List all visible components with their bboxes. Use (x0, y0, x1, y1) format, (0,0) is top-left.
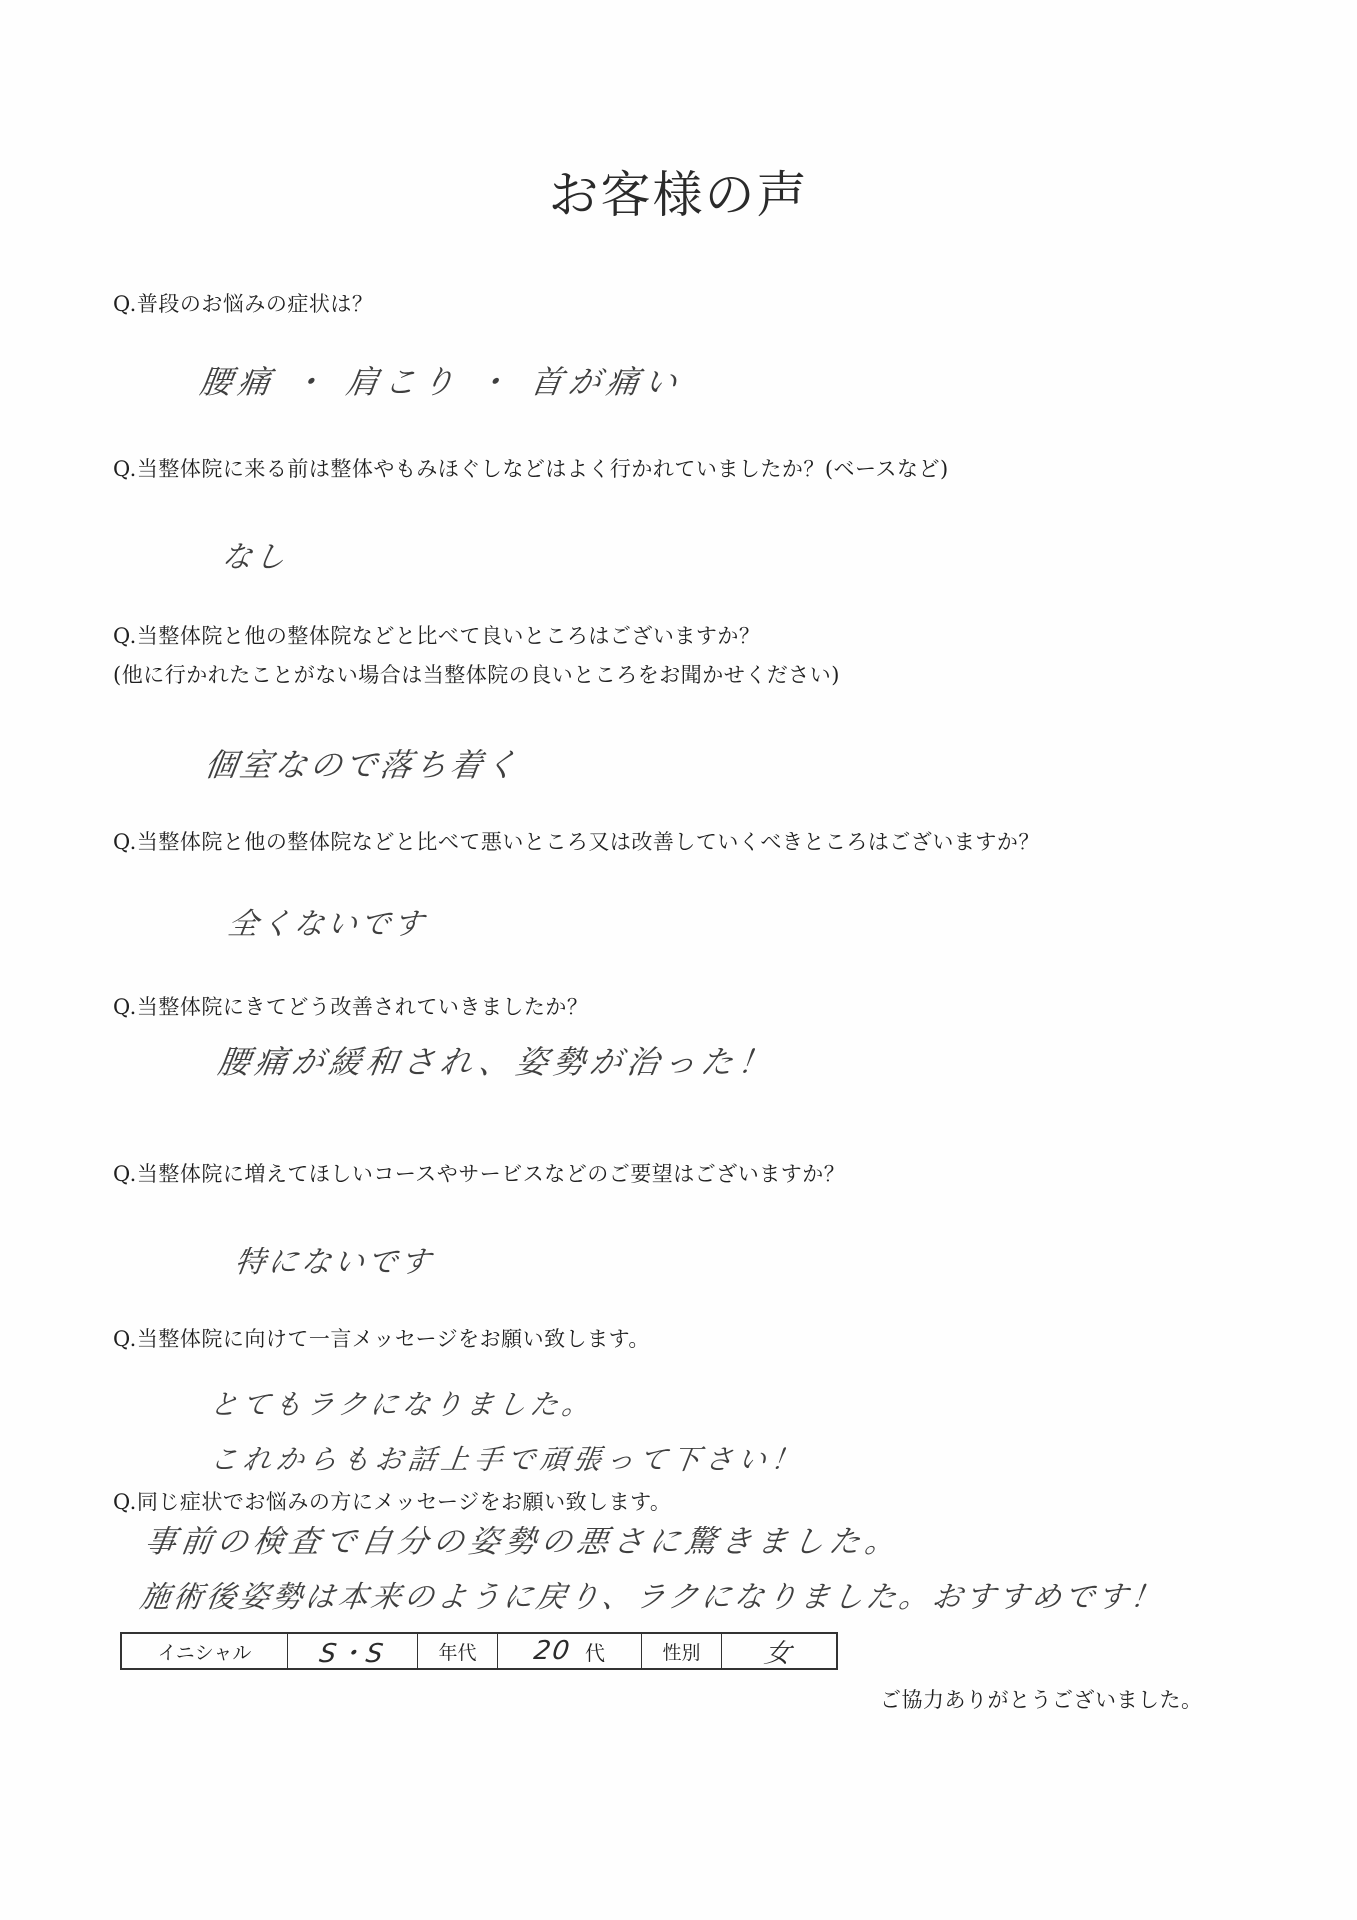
age-value-cell: 20 代 (498, 1634, 642, 1668)
age-label: 年代 (418, 1634, 498, 1668)
respondent-info-table: イニシャル S・S 年代 20 代 性別 女 (120, 1632, 838, 1670)
survey-page: お客様の声 Q.普段のお悩みの症状は？ 腰痛 ・ 肩こり ・ 首が痛い Q.当整… (0, 0, 1357, 1920)
gender-value: 女 (762, 1633, 795, 1670)
question-7: Q.当整体院に向けて一言メッセージをお願い致します。 (113, 1325, 650, 1353)
question-3: Q.当整体院と他の整体院などと比べて良いところはございますか？ (113, 622, 760, 650)
answer-4: 全くないです (225, 905, 429, 945)
question-3-note: (他に行かれたことがない場合は当整体院の良いところをお聞かせください) (113, 661, 840, 689)
gender-value-cell: 女 (722, 1634, 836, 1668)
question-2: Q.当整体院に来る前は整体やもみほぐしなどはよく行かれていましたか？(ベースなど… (113, 455, 949, 483)
answer-8-line-2: 施術後姿勢は本来のように戻り、ラクになりました。おすすめです！ (137, 1578, 1166, 1618)
page-title: お客様の声 (0, 160, 1357, 230)
question-6: Q.当整体院に増えてほしいコースやサービスなどのご要望はございますか？ (113, 1160, 845, 1188)
answer-1: 腰痛 ・ 肩こり ・ 首が痛い (197, 362, 685, 402)
initial-value-cell: S・S (288, 1634, 418, 1668)
question-1: Q.普段のお悩みの症状は？ (113, 290, 373, 318)
gender-label: 性別 (642, 1634, 722, 1668)
answer-6: 特にないです (232, 1243, 436, 1283)
answer-7-line-2: これからもお話上手で頑張って下さい！ (207, 1440, 807, 1480)
thank-you-note: ご協力ありがとうございました。 (880, 1686, 1203, 1714)
answer-5: 腰痛が緩和され、姿勢が治った！ (215, 1042, 778, 1082)
initial-value: S・S (317, 1633, 387, 1670)
question-5: Q.当整体院にきてどう改善されていきましたか？ (113, 993, 588, 1021)
answer-2: なし (219, 538, 291, 578)
answer-7-line-1: とてもラクになりました。 (207, 1385, 597, 1425)
question-4: Q.当整体院と他の整体院などと比べて悪いところ又は改善していくべきところはござい… (113, 828, 1040, 856)
age-suffix: 代 (585, 1637, 605, 1666)
question-8: Q.同じ症状でお悩みの方にメッセージをお願い致します。 (113, 1488, 671, 1516)
initial-label: イニシャル (122, 1634, 288, 1668)
age-value: 20 (532, 1636, 573, 1666)
answer-8-line-1: 事前の検査で自分の姿勢の悪さに驚きました。 (142, 1522, 904, 1562)
answer-3: 個室なので落ち着く (202, 745, 523, 785)
